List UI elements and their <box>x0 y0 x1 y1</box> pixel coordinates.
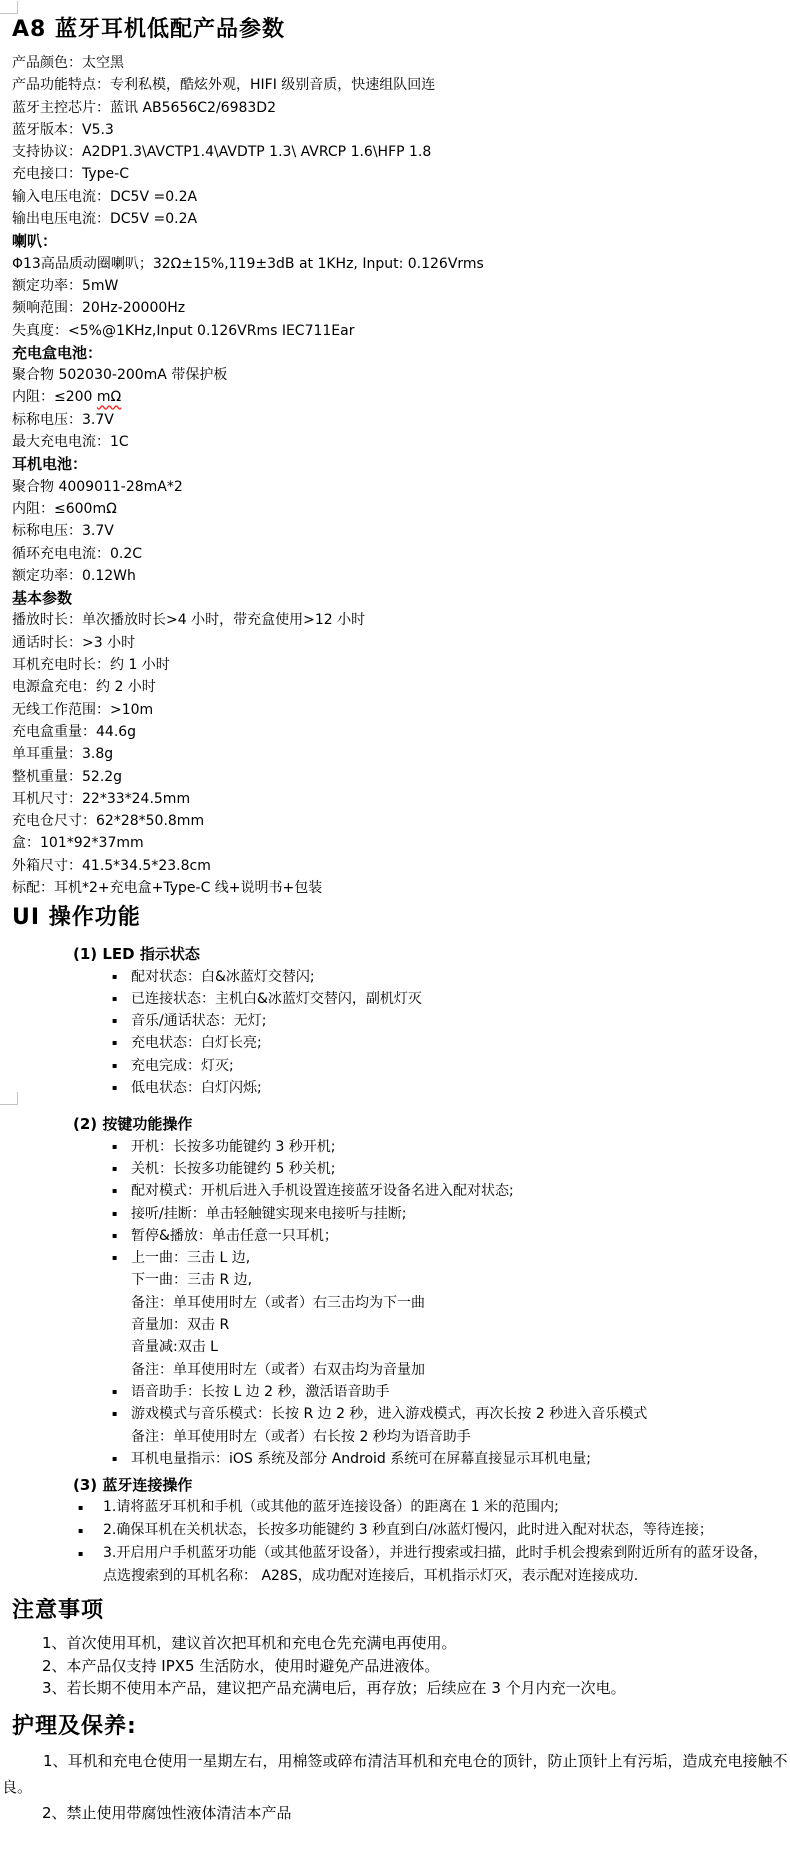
led-status-heading: (1) LED 指示状态 <box>73 943 790 965</box>
ui-operations-heading: UI 操作功能 <box>12 903 790 933</box>
spec-line: 聚合物 4009011-28mA*2 <box>12 476 790 498</box>
spec-line: 通话时长：>3 小时 <box>12 632 790 654</box>
spec-line: 最大充电电流：1C <box>12 431 790 453</box>
list-item: 配对模式：开机后进入手机设置连接蓝牙设备名进入配对状态; <box>131 1180 790 1202</box>
spec-line: 支持协议：A2DP1.3\AVCTP1.4\AVDTP 1.3\ AVRCP 1… <box>12 141 790 163</box>
list-item: 开机：长按多功能键约 3 秒开机; <box>131 1136 790 1158</box>
spec-line: 产品颜色：太空黑 <box>12 52 790 74</box>
list-item-continuation: 备注：单耳使用时左（或者）右长按 2 秒均为语音助手 <box>131 1426 790 1448</box>
text-boundary-mark-middle <box>0 1092 18 1105</box>
led-status-list: 配对状态：白&冰蓝灯交替闪; 已连接状态：主机白&冰蓝灯交替闪，副机灯灭 音乐/… <box>0 966 790 1100</box>
spec-line: 播放时长：单次播放时长>4 小时，带充盒使用>12 小时 <box>12 609 790 631</box>
basic-params-section: 基本参数 播放时长：单次播放时长>4 小时，带充盒使用>12 小时 通话时长：>… <box>0 587 790 899</box>
list-item-continuation: 音量减:双击 L <box>131 1336 790 1358</box>
list-item: 充电状态：白灯长亮; <box>131 1032 790 1054</box>
spec-line: 蓝牙主控芯片：蓝讯 AB5656C2/6983D2 <box>12 97 790 119</box>
list-item-continuation: 音量加：双击 R <box>131 1314 790 1336</box>
spec-line: 外箱尺寸：41.5*34.5*23.8cm <box>12 855 790 877</box>
spec-line: 蓝牙版本：V5.3 <box>12 119 790 141</box>
list-item-continuation: 下一曲：三击 R 边, <box>131 1269 790 1291</box>
earbud-battery-section: 耳机电池： 聚合物 4009011-28mA*2 内阻：≤600mΩ 标称电压：… <box>0 453 790 587</box>
page-title: A8 蓝牙耳机低配产品参数 <box>0 0 790 52</box>
spec-line-resistance: 内阻：≤200 mΩ <box>12 386 790 408</box>
earbud-battery-heading: 耳机电池： <box>12 453 790 475</box>
list-item: 低电状态：白灯闪烁; <box>131 1077 790 1099</box>
key-functions-section: (2) 按键功能操作 开机：长按多功能键约 3 秒开机; 关机：长按多功能键约 … <box>0 1113 790 1470</box>
spec-line: 充电仓尺寸：62*28*50.8mm <box>12 810 790 832</box>
list-item: 充电完成：灯灭; <box>131 1055 790 1077</box>
spec-line: 电源盒充电：约 2 小时 <box>12 676 790 698</box>
spec-line: 额定功率：5mW <box>12 275 790 297</box>
basic-params-heading: 基本参数 <box>12 587 790 609</box>
list-item: 关机：长按多功能键约 5 秒关机; <box>131 1158 790 1180</box>
list-item: 耳机电量指示：iOS 系统及部分 Android 系统可在屏幕直接显示耳机电量; <box>131 1448 790 1470</box>
spec-line: 聚合物 502030-200mA 带保护板 <box>12 364 790 386</box>
notice-heading: 注意事项 <box>12 1596 790 1626</box>
list-item: 语音助手：长按 L 边 2 秒，激活语音助手 <box>131 1381 790 1403</box>
spec-line: 耳机尺寸：22*33*24.5mm <box>12 788 790 810</box>
list-item: 游戏模式与音乐模式：长按 R 边 2 秒，进入游戏模式，再次长按 2 秒进入音乐… <box>131 1403 790 1425</box>
bt-connect-section: (3) 蓝牙连接操作 1.请将蓝牙耳机和手机（或其他的蓝牙连接设备）的距离在 1… <box>0 1474 790 1588</box>
spec-line: 充电接口：Type-C <box>12 163 790 185</box>
list-item-continuation: 点选搜索到的耳机名称： A28S，成功配对连接后，耳机指示灯灭，表示配对连接成功… <box>103 1565 790 1588</box>
resistance-text: 内阻：≤200 <box>12 389 97 405</box>
case-battery-heading: 充电盒电池： <box>12 342 790 364</box>
list-item: 上一曲：三击 L 边, <box>131 1247 790 1269</box>
spec-line: 耳机充电时长：约 1 小时 <box>12 654 790 676</box>
list-item-continuation: 备注：单耳使用时左（或者）右三击均为下一曲 <box>131 1292 790 1314</box>
list-item: 接听/挂断：单击轻触键实现来电接听与挂断; <box>131 1203 790 1225</box>
bt-connect-heading: (3) 蓝牙连接操作 <box>73 1474 790 1496</box>
spec-line: 标称电压：3.7V <box>12 409 790 431</box>
list-item: 1.请将蓝牙耳机和手机（或其他的蓝牙连接设备）的距离在 1 米的范围内; <box>103 1496 790 1519</box>
spec-line: 失真度：<5%@1KHz,Input 0.126VRms IEC711Ear <box>12 320 790 342</box>
spec-line: 充电盒重量：44.6g <box>12 721 790 743</box>
document-page: A8 蓝牙耳机低配产品参数 产品颜色：太空黑 产品功能特点：专利私模，酷炫外观，… <box>0 0 790 1854</box>
spec-line: 产品功能特点：专利私模，酷炫外观，HIFI 级别音质，快速组队回连 <box>12 74 790 96</box>
spec-line: 输出电压电流：DC5V =0.2A <box>12 208 790 230</box>
text-boundary-mark-top <box>0 1 18 14</box>
notice-item: 3、若长期不使用本产品，建议把产品充满电后，再存放；后续应在 3 个月内充一次电… <box>42 1677 790 1700</box>
list-item-continuation: 备注：单耳使用时左（或者）右双击均为音量加 <box>131 1359 790 1381</box>
spec-line: 盒：101*92*37mm <box>12 832 790 854</box>
list-item: 暂停&播放：单击任意一只耳机； <box>131 1225 790 1247</box>
notice-item: 1、首次使用耳机，建议首次把耳机和充电仓先充满电再使用。 <box>42 1632 790 1655</box>
spec-line: 频响范围：20Hz-20000Hz <box>12 297 790 319</box>
led-status-section: (1) LED 指示状态 配对状态：白&冰蓝灯交替闪; 已连接状态：主机白&冰蓝… <box>0 943 790 1099</box>
spellcheck-underlined-text: mΩ <box>97 389 121 405</box>
spec-line: 无线工作范围：>10m <box>12 699 790 721</box>
notice-list: 1、首次使用耳机，建议首次把耳机和充电仓先充满电再使用。 2、本产品仅支持 IP… <box>0 1626 790 1700</box>
spec-line: 单耳重量：3.8g <box>12 743 790 765</box>
care-heading: 护理及保养: <box>12 1712 790 1742</box>
spec-line: 输入电压电流：DC5V =0.2A <box>12 186 790 208</box>
speaker-section: 喇叭： Φ13高品质动圈喇叭；32Ω±15%,119±3dB at 1KHz, … <box>0 230 790 341</box>
general-specs-section: 产品颜色：太空黑 产品功能特点：专利私模，酷炫外观，HIFI 级别音质，快速组队… <box>0 52 790 230</box>
spec-line: 标配：耳机*2+充电盒+Type-C 线+说明书+包装 <box>12 877 790 899</box>
list-item: 2.确保耳机在关机状态，长按多功能键约 3 秒直到白/冰蓝灯慢闪，此时进入配对状… <box>103 1519 790 1542</box>
spec-line: 内阻：≤600mΩ <box>12 498 790 520</box>
spec-line: Φ13高品质动圈喇叭；32Ω±15%,119±3dB at 1KHz, Inpu… <box>12 253 790 275</box>
speaker-heading: 喇叭： <box>12 230 790 252</box>
care-item: 2、禁止使用带腐蚀性液体清洁本产品 <box>42 1800 790 1826</box>
notice-item: 2、本产品仅支持 IPX5 生活防水，使用时避免产品进液体。 <box>42 1655 790 1678</box>
bt-connect-list: 1.请将蓝牙耳机和手机（或其他的蓝牙连接设备）的距离在 1 米的范围内; 2.确… <box>0 1496 790 1588</box>
care-paragraph: 1、耳机和充电仓使用一星期左右，用棉签或碎布清洁耳机和充电仓的顶针，防止顶针上有… <box>2 1748 788 1800</box>
spec-line: 整机重量：52.2g <box>12 766 790 788</box>
list-item: 配对状态：白&冰蓝灯交替闪; <box>131 966 790 988</box>
spec-line: 额定功率：0.12Wh <box>12 565 790 587</box>
list-item: 已连接状态：主机白&冰蓝灯交替闪，副机灯灭 <box>131 988 790 1010</box>
spec-line: 标称电压：3.7V <box>12 520 790 542</box>
spec-line: 循环充电电流：0.2C <box>12 543 790 565</box>
key-functions-list: 开机：长按多功能键约 3 秒开机; 关机：长按多功能键约 5 秒关机; 配对模式… <box>0 1136 790 1470</box>
case-battery-section: 充电盒电池： 聚合物 502030-200mA 带保护板 内阻：≤200 mΩ … <box>0 342 790 453</box>
list-item: 3.开启用户手机蓝牙功能（或其他蓝牙设备），并进行搜索或扫描，此时手机会搜索到附… <box>103 1542 790 1565</box>
list-item: 音乐/通话状态：无灯; <box>131 1010 790 1032</box>
key-functions-heading: (2) 按键功能操作 <box>73 1113 790 1135</box>
